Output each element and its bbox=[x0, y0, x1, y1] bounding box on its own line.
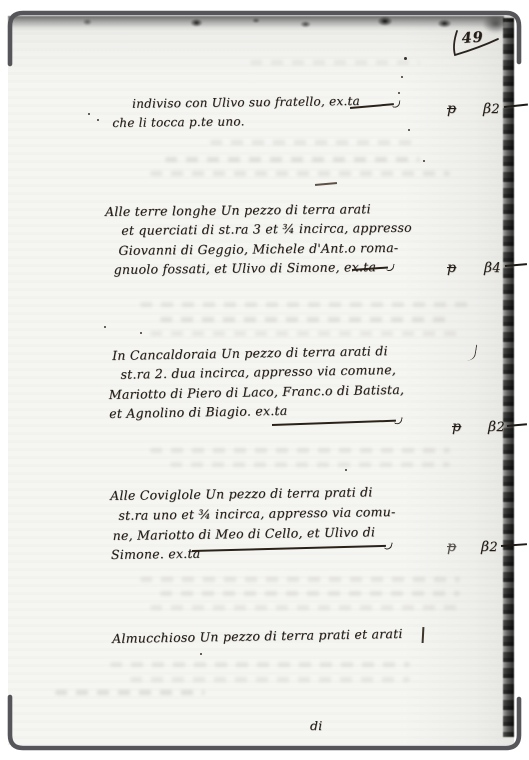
scanned-manuscript-screenshot: { "colors":{"ink":"#241d17","paper":"#f5… bbox=[0, 0, 529, 760]
scan-frame bbox=[0, 0, 529, 760]
